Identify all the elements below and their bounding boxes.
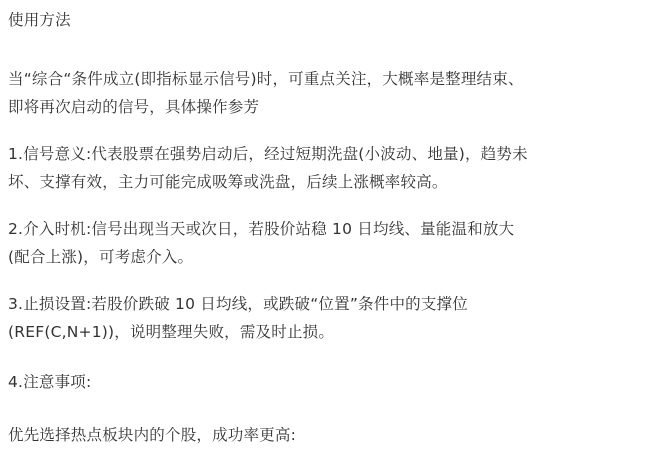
section-5-line-1: 优先选择热点板块内的个股，成功率更高: [8,425,296,445]
document-body: 使用方法 当“综合“条件成立(即指标显示信号)时，可重点关注，大概率是整理结束、… [0,0,655,474]
document-title: 使用方法 [8,10,71,30]
intro-line-2: 即将再次启动的信号，具体操作参芳 [8,97,259,117]
section-1-line-2: 坏、支撑有效，主力可能完成吸筹或洗盘，后续上涨概率较高。 [8,172,448,192]
section-2-line-1: 2.介入时机:信号出现当天或次日，若股价站稳 10 日均线、量能温和放大 [8,219,514,239]
section-2-line-2: (配合上涨)，可考虑介入。 [8,247,193,267]
section-4-heading: 4.注意事项: [8,372,91,392]
intro-line-1: 当“综合“条件成立(即指标显示信号)时，可重点关注，大概率是整理结束、 [8,69,524,89]
section-3-line-1: 3.止损设置:若股价跌破 10 日均线，或跌破“位置”条件中的支撑位 [8,294,468,314]
section-1-line-1: 1.信号意义:代表股票在强势启动后，经过短期洗盘(小波动、地量)，趋势未 [8,144,528,164]
section-3-line-2: (REF(C,N+1))，说明整理失败，需及时止损。 [8,322,334,342]
